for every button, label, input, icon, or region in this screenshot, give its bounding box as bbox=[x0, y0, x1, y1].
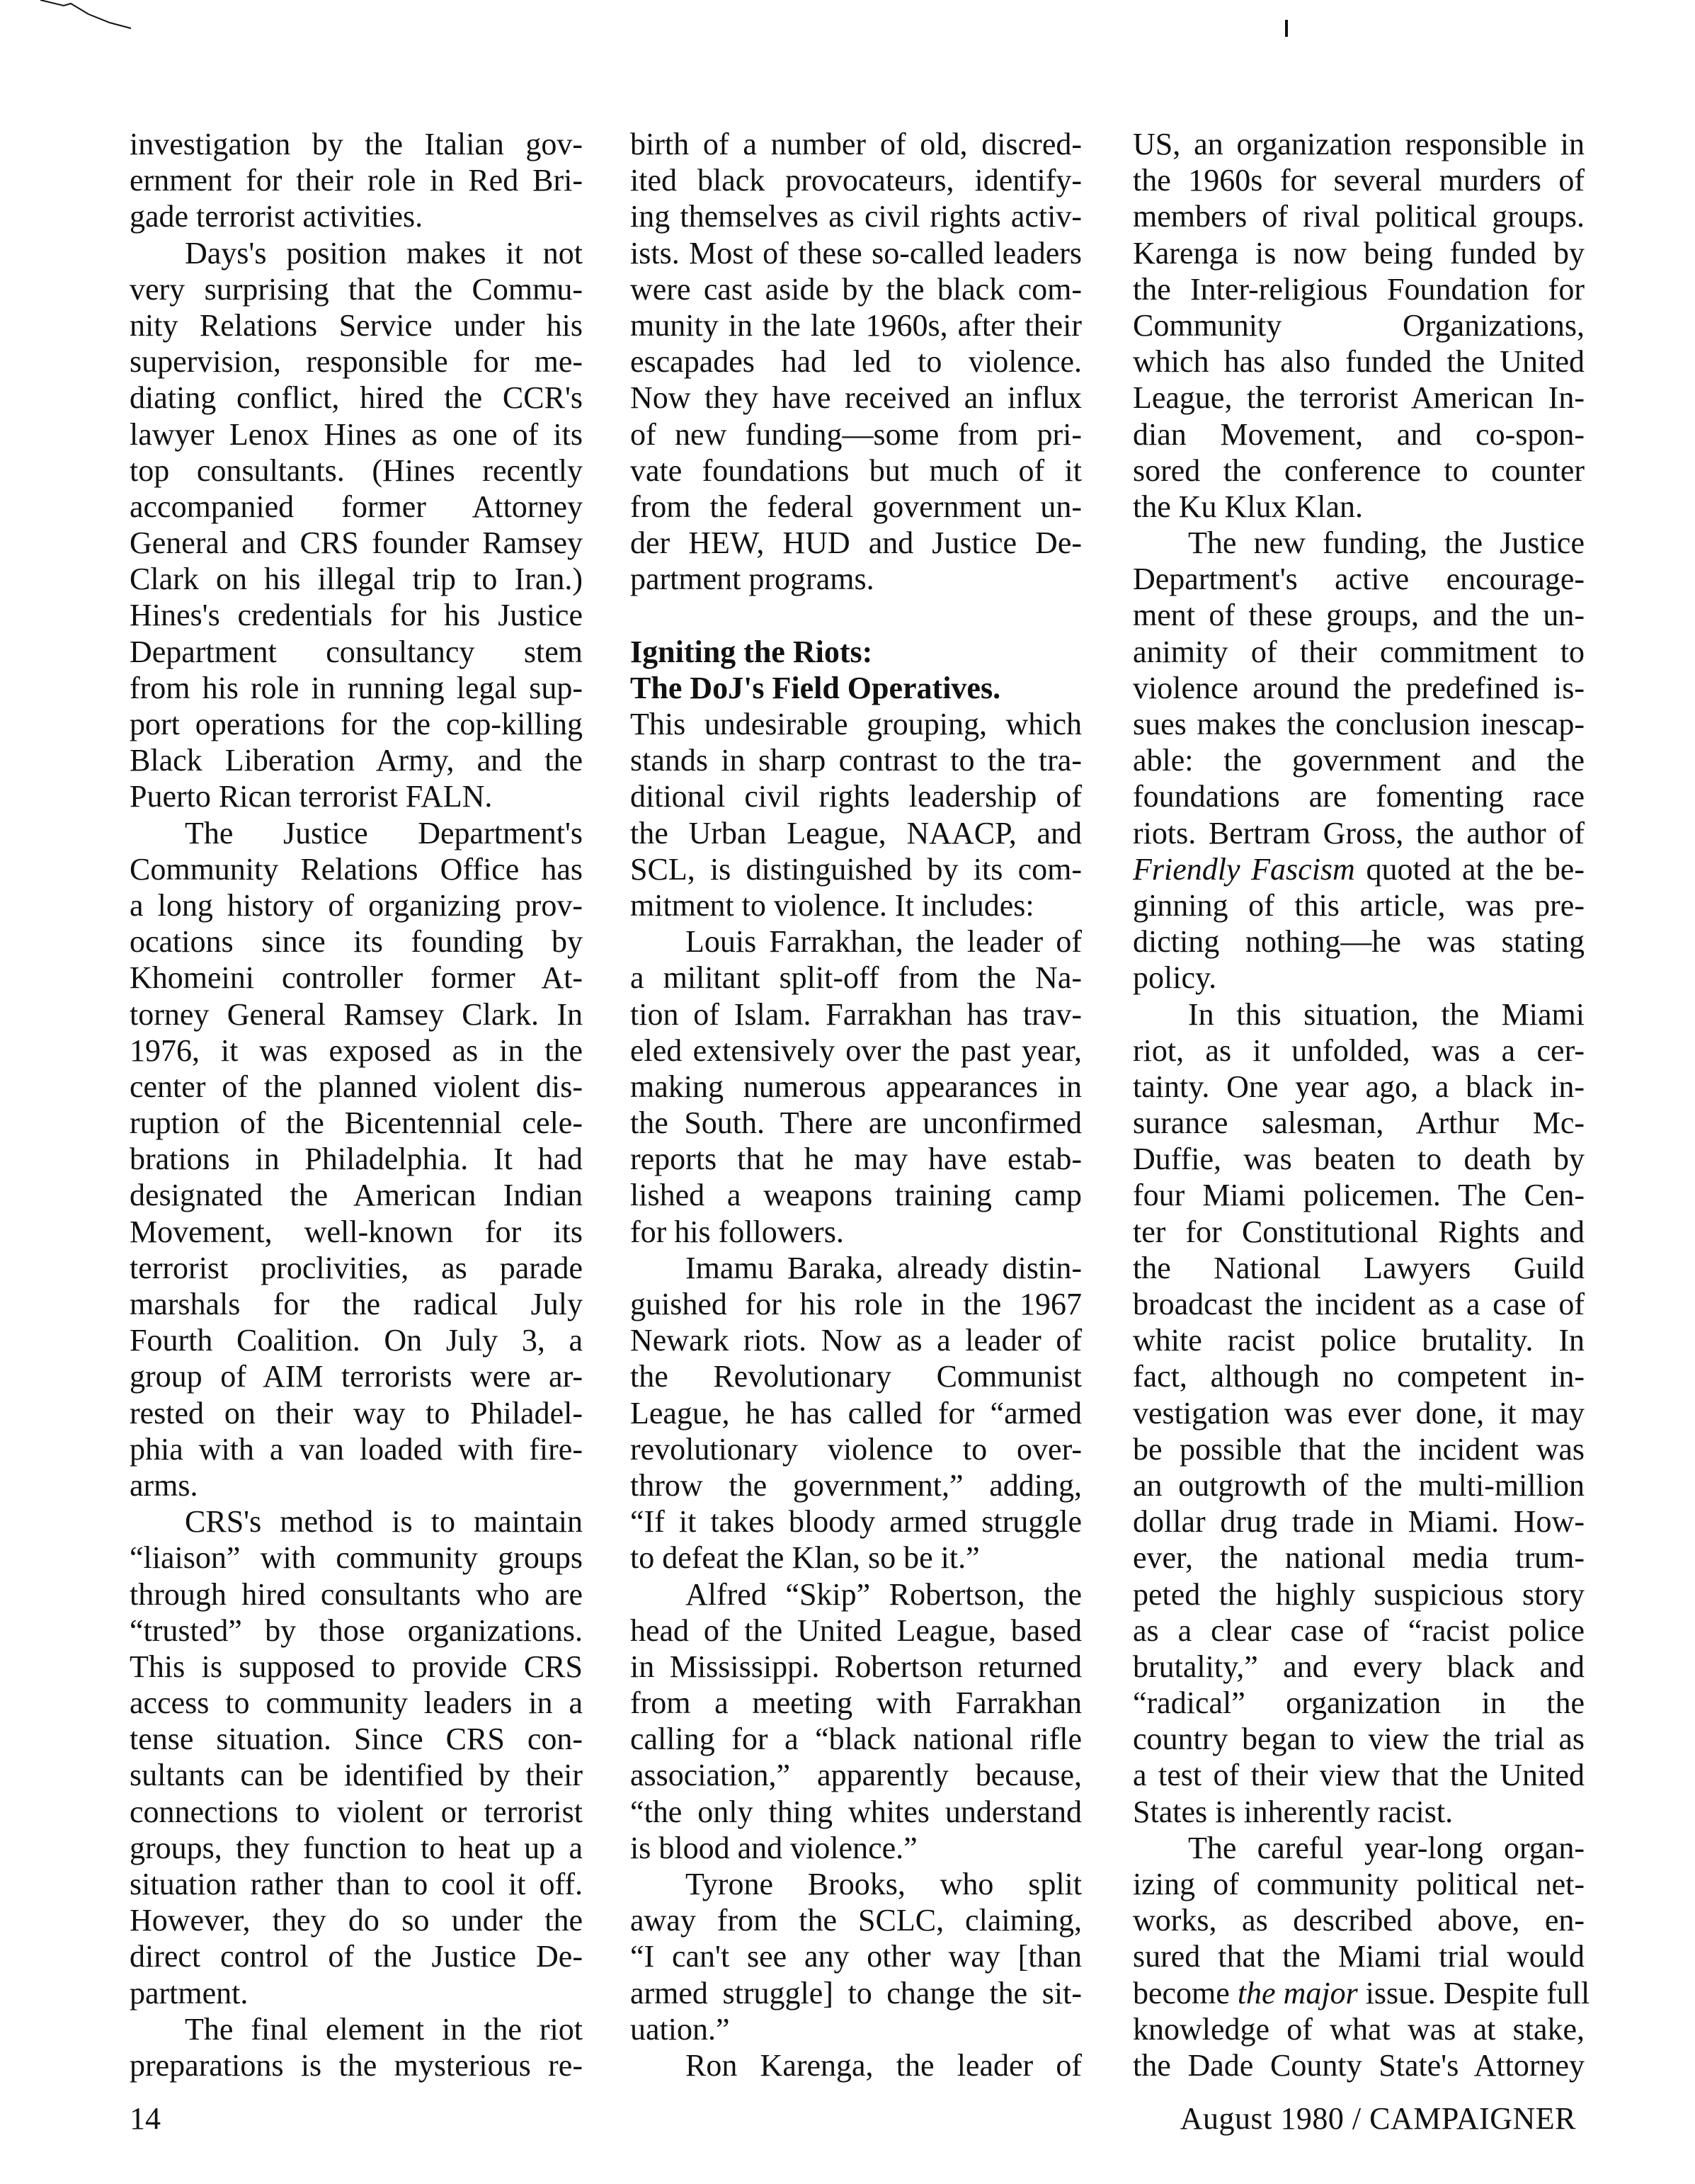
text-line: ited black provocateurs, identify- bbox=[630, 162, 1082, 198]
text-line: uation.” bbox=[630, 2011, 1082, 2047]
text-line: knowledge of what was at stake, bbox=[1133, 2011, 1585, 2047]
text-line: Duffie, was beaten to death by bbox=[1133, 1141, 1585, 1177]
scan-artifact-mark bbox=[1285, 20, 1288, 37]
text-line: fact, although no competent in- bbox=[1133, 1358, 1585, 1394]
text-line: ter for Constitutional Rights and bbox=[1133, 1214, 1585, 1250]
text-line: four Miami policemen. The Cen- bbox=[1133, 1177, 1585, 1213]
text-line: States is inherently racist. bbox=[1133, 1794, 1585, 1830]
text-line: very surprising that the Commu- bbox=[130, 271, 583, 307]
text-line: Friendly Fascism quoted at the be- bbox=[1133, 851, 1585, 887]
text-line: from a meeting with Farrakhan bbox=[630, 1685, 1082, 1721]
text-line: Department's active encourage- bbox=[1133, 561, 1585, 597]
text-line: an outgrowth of the multi-million bbox=[1133, 1467, 1585, 1503]
text-line: center of the planned violent dis- bbox=[130, 1069, 583, 1105]
text-line: access to community leaders in a bbox=[130, 1685, 583, 1721]
text-line: izing of community political net- bbox=[1133, 1866, 1585, 1902]
text-line: “the only thing whites understand bbox=[630, 1794, 1082, 1830]
text-line: SCL, is distinguished by its com- bbox=[630, 851, 1082, 887]
article-column-2: birth of a number of old, discred-ited b… bbox=[630, 126, 1082, 2083]
text-line: violence around the predefined is- bbox=[1133, 670, 1585, 706]
text-line: the Inter-religious Foundation for bbox=[1133, 271, 1585, 307]
italic-title: the major bbox=[1238, 1976, 1358, 2010]
text-line: head of the United League, based bbox=[630, 1613, 1082, 1649]
text-segment: become bbox=[1133, 1976, 1238, 2010]
text-line: is blood and violence.” bbox=[630, 1830, 1082, 1866]
text-line: brutality,” and every black and bbox=[1133, 1649, 1585, 1685]
text-line: However, they do so under the bbox=[130, 1902, 583, 1938]
text-line: Clark on his illegal trip to Iran.) bbox=[130, 561, 583, 597]
text-line: from his role in running legal sup- bbox=[130, 670, 583, 706]
text-line: eled extensively over the past year, bbox=[630, 1033, 1082, 1069]
text-line: country began to view the trial as bbox=[1133, 1721, 1585, 1757]
text-line: dollar drug trade in Miami. How- bbox=[1133, 1503, 1585, 1540]
text-line: Department consultancy stem bbox=[130, 634, 583, 670]
text-line: works, as described above, en- bbox=[1133, 1902, 1585, 1938]
text-line: League, the terrorist American In- bbox=[1133, 380, 1585, 416]
text-line: Now they have received an influx bbox=[630, 380, 1082, 416]
text-line: sured that the Miami trial would bbox=[1133, 1938, 1585, 1974]
text-line: The final element in the riot bbox=[130, 2011, 583, 2047]
text-line: “radical” organization in the bbox=[1133, 1685, 1585, 1721]
text-line: the Dade County State's Attorney bbox=[1133, 2047, 1585, 2083]
text-line: CRS's method is to maintain bbox=[130, 1503, 583, 1540]
text-line: guished for his role in the 1967 bbox=[630, 1286, 1082, 1322]
text-line: Alfred “Skip” Robertson, the bbox=[630, 1576, 1082, 1613]
page-number: 14 bbox=[130, 2100, 161, 2137]
text-line: as a clear case of “racist police bbox=[1133, 1613, 1585, 1649]
text-line: Newark riots. Now as a leader of bbox=[630, 1322, 1082, 1358]
text-line: reports that he may have estab- bbox=[630, 1141, 1082, 1177]
text-line: revolutionary violence to over- bbox=[630, 1431, 1082, 1467]
text-line: Khomeini controller former At- bbox=[130, 960, 583, 996]
text-line: Louis Farrakhan, the leader of bbox=[630, 923, 1082, 960]
text-line: situation rather than to cool it off. bbox=[130, 1866, 583, 1902]
scan-artifact-mark bbox=[39, 0, 145, 32]
text-line: partment programs. bbox=[630, 561, 1082, 597]
text-line: sored the conference to counter bbox=[1133, 453, 1585, 489]
text-line: which has also funded the United bbox=[1133, 343, 1585, 380]
text-line: Imamu Baraka, already distin- bbox=[630, 1250, 1082, 1286]
text-line: ruption of the Bicentennial cele- bbox=[130, 1105, 583, 1141]
text-line: The careful year-long organ- bbox=[1133, 1830, 1585, 1866]
section-spacer bbox=[630, 597, 1082, 633]
text-line: Karenga is now being funded by bbox=[1133, 235, 1585, 271]
text-line: designated the American Indian bbox=[130, 1177, 583, 1213]
text-line: port operations for the cop-killing bbox=[130, 706, 583, 742]
text-line: “trusted” by those organizations. bbox=[130, 1613, 583, 1649]
text-line: Black Liberation Army, and the bbox=[130, 742, 583, 778]
section-heading-line: Igniting the Riots: bbox=[630, 634, 1082, 670]
text-line: birth of a number of old, discred- bbox=[630, 126, 1082, 162]
text-line: rested on their way to Philadel- bbox=[130, 1395, 583, 1431]
text-line: This undesirable grouping, which bbox=[630, 706, 1082, 742]
text-line: vate foundations but much of it bbox=[630, 453, 1082, 489]
text-line: ditional civil rights leadership of bbox=[630, 778, 1082, 814]
text-line: This is supposed to provide CRS bbox=[130, 1649, 583, 1685]
text-line: preparations is the mysterious re- bbox=[130, 2047, 583, 2083]
text-line: the 1960s for several murders of bbox=[1133, 162, 1585, 198]
italic-title: Friendly Fascism bbox=[1133, 852, 1355, 887]
text-line: Movement, well-known for its bbox=[130, 1214, 583, 1250]
text-line: top consultants. (Hines recently bbox=[130, 453, 583, 489]
text-line: able: the government and the bbox=[1133, 742, 1585, 778]
text-line: partment. bbox=[130, 1975, 583, 2011]
text-line: accompanied former Attorney bbox=[130, 489, 583, 525]
text-line: ists. Most of these so-called leaders bbox=[630, 235, 1082, 271]
text-line: the Urban League, NAACP, and bbox=[630, 815, 1082, 851]
text-line: peted the highly suspicious story bbox=[1133, 1576, 1585, 1613]
text-line: away from the SCLC, claiming, bbox=[630, 1902, 1082, 1938]
text-line: tainty. One year ago, a black in- bbox=[1133, 1069, 1585, 1105]
footer-issue-line: August 1980 / CAMPAIGNER bbox=[1180, 2100, 1576, 2137]
text-line: dian Movement, and co-spon- bbox=[1133, 416, 1585, 453]
text-line: sultants can be identified by their bbox=[130, 1757, 583, 1793]
text-line: “If it takes bloody armed struggle bbox=[630, 1503, 1082, 1540]
text-line: in Mississippi. Robertson returned bbox=[630, 1649, 1082, 1685]
text-line: were cast aside by the black com- bbox=[630, 271, 1082, 307]
text-line: the National Lawyers Guild bbox=[1133, 1250, 1585, 1286]
text-line: surance salesman, Arthur Mc- bbox=[1133, 1105, 1585, 1141]
text-line: groups, they function to heat up a bbox=[130, 1830, 583, 1866]
text-line: through hired consultants who are bbox=[130, 1576, 583, 1613]
section-heading-line: The DoJ's Field Operatives. bbox=[630, 670, 1082, 706]
text-line: a test of their view that the United bbox=[1133, 1757, 1585, 1793]
text-line: The Justice Department's bbox=[130, 815, 583, 851]
text-line: armed struggle] to change the sit- bbox=[630, 1975, 1082, 2011]
text-line: gade terrorist activities. bbox=[130, 198, 583, 234]
text-line: Ron Karenga, the leader of bbox=[630, 2047, 1082, 2083]
text-line: association,” apparently because, bbox=[630, 1757, 1082, 1793]
text-line: to defeat the Klan, so be it.” bbox=[630, 1540, 1082, 1576]
text-line: members of rival political groups. bbox=[1133, 198, 1585, 234]
text-line: stands in sharp contrast to the tra- bbox=[630, 742, 1082, 778]
text-line: phia with a van loaded with fire- bbox=[130, 1431, 583, 1467]
text-line: brations in Philadelphia. It had bbox=[130, 1141, 583, 1177]
text-line: mitment to violence. It includes: bbox=[630, 887, 1082, 923]
text-line: Puerto Rican terrorist FALN. bbox=[130, 778, 583, 814]
text-line: the Revolutionary Communist bbox=[630, 1358, 1082, 1394]
text-line: General and CRS founder Ramsey bbox=[130, 525, 583, 561]
text-line: torney General Ramsey Clark. In bbox=[130, 996, 583, 1033]
text-segment: quoted at the be- bbox=[1355, 852, 1585, 887]
text-line: terrorist proclivities, as parade bbox=[130, 1250, 583, 1286]
text-line: calling for a “black national rifle bbox=[630, 1721, 1082, 1757]
text-line: League, he has called for “armed bbox=[630, 1395, 1082, 1431]
text-segment: issue. Despite full bbox=[1358, 1976, 1590, 2010]
text-line: become the major issue. Despite full bbox=[1133, 1975, 1585, 2011]
text-line: group of AIM terrorists were ar- bbox=[130, 1358, 583, 1394]
text-line: for his followers. bbox=[630, 1214, 1082, 1250]
text-line: ever, the national media trum- bbox=[1133, 1540, 1585, 1576]
text-line: making numerous appearances in bbox=[630, 1069, 1082, 1105]
text-line: ment of these groups, and the un- bbox=[1133, 597, 1585, 633]
text-line: Community Organizations, bbox=[1133, 307, 1585, 343]
text-line: Community Relations Office has bbox=[130, 851, 583, 887]
text-line: of new funding—some from pri- bbox=[630, 416, 1082, 453]
text-line: sues makes the conclusion inescap- bbox=[1133, 706, 1585, 742]
text-line: diating conflict, hired the CCR's bbox=[130, 380, 583, 416]
text-line: connections to violent or terrorist bbox=[130, 1794, 583, 1830]
text-line: Hines's credentials for his Justice bbox=[130, 597, 583, 633]
text-line: the Ku Klux Klan. bbox=[1133, 489, 1585, 525]
text-line: Tyrone Brooks, who split bbox=[630, 1866, 1082, 1902]
text-line: “liaison” with community groups bbox=[130, 1540, 583, 1576]
text-line: arms. bbox=[130, 1467, 583, 1503]
text-line: the South. There are unconfirmed bbox=[630, 1105, 1082, 1141]
text-line: ocations since its founding by bbox=[130, 923, 583, 960]
text-line: ernment for their role in Red Bri- bbox=[130, 162, 583, 198]
text-line: foundations are fomenting race bbox=[1133, 778, 1585, 814]
text-line: a militant split-off from the Na- bbox=[630, 960, 1082, 996]
text-line: “I can't see any other way [than bbox=[630, 1938, 1082, 1974]
text-line: marshals for the radical July bbox=[130, 1286, 583, 1322]
text-line: animity of their commitment to bbox=[1133, 634, 1585, 670]
text-line: The new funding, the Justice bbox=[1133, 525, 1585, 561]
text-line: ing themselves as civil rights activ- bbox=[630, 198, 1082, 234]
text-line: ginning of this article, was pre- bbox=[1133, 887, 1585, 923]
text-line: policy. bbox=[1133, 960, 1585, 996]
text-line: Fourth Coalition. On July 3, a bbox=[130, 1322, 583, 1358]
text-line: broadcast the incident as a case of bbox=[1133, 1286, 1585, 1322]
text-line: tense situation. Since CRS con- bbox=[130, 1721, 583, 1757]
text-line: dicting nothing—he was stating bbox=[1133, 923, 1585, 960]
article-column-3: US, an organization responsible inthe 19… bbox=[1133, 126, 1585, 2083]
text-line: In this situation, the Miami bbox=[1133, 996, 1585, 1033]
text-line: from the federal government un- bbox=[630, 489, 1082, 525]
text-line: Days's position makes it not bbox=[130, 235, 583, 271]
text-line: tion of Islam. Farrakhan has trav- bbox=[630, 996, 1082, 1033]
text-line: der HEW, HUD and Justice De- bbox=[630, 525, 1082, 561]
text-line: lawyer Lenox Hines as one of its bbox=[130, 416, 583, 453]
text-line: 1976, it was exposed as in the bbox=[130, 1033, 583, 1069]
text-line: investigation by the Italian gov- bbox=[130, 126, 583, 162]
text-line: riots. Bertram Gross, the author of bbox=[1133, 815, 1585, 851]
text-line: direct control of the Justice De- bbox=[130, 1938, 583, 1974]
text-line: US, an organization responsible in bbox=[1133, 126, 1585, 162]
text-line: escapades had led to violence. bbox=[630, 343, 1082, 380]
text-line: nity Relations Service under his bbox=[130, 307, 583, 343]
text-line: supervision, responsible for me- bbox=[130, 343, 583, 380]
text-line: munity in the late 1960s, after their bbox=[630, 307, 1082, 343]
text-line: throw the government,” adding, bbox=[630, 1467, 1082, 1503]
text-line: vestigation was ever done, it may bbox=[1133, 1395, 1585, 1431]
text-line: a long history of organizing prov- bbox=[130, 887, 583, 923]
text-line: riot, as it unfolded, was a cer- bbox=[1133, 1033, 1585, 1069]
article-column-1: investigation by the Italian gov-ernment… bbox=[130, 126, 583, 2083]
text-line: lished a weapons training camp bbox=[630, 1177, 1082, 1213]
text-line: white racist police brutality. In bbox=[1133, 1322, 1585, 1358]
text-line: be possible that the incident was bbox=[1133, 1431, 1585, 1467]
